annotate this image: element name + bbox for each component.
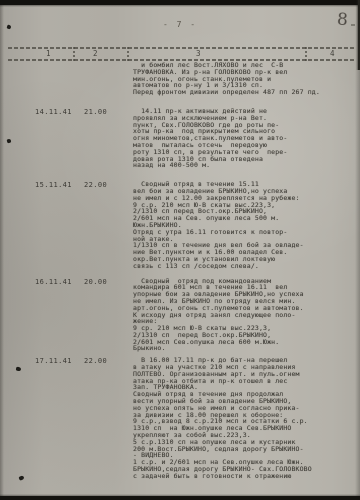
scan-edge-top bbox=[0, 0, 360, 7]
entry-date: 16.11.41 bbox=[35, 278, 72, 286]
column-number-1: 1 bbox=[46, 49, 51, 58]
entry-text-line: Перед фронтом дивизии определен 487 пп 2… bbox=[133, 89, 356, 96]
entry-text: В 16.00 17.11 пр-к до бат-на перешелв ат… bbox=[133, 357, 356, 479]
journal-entry: 17.11.4122.00 В 16.00 17.11 пр-к до бат-… bbox=[0, 357, 360, 479]
column-number-2: 2 bbox=[93, 49, 98, 58]
pencil-mark bbox=[351, 24, 355, 26]
entry-text-line: К исходу дня отряд занял следующее поло- bbox=[133, 312, 356, 319]
ink-speck bbox=[18, 475, 24, 481]
journal-entries: и бомбил лес Вост.ЛЯХОВО и лес С-ВТРУФАН… bbox=[0, 62, 360, 480]
page-number: - 7 - bbox=[0, 20, 360, 29]
entry-text: и бомбил лес Вост.ЛЯХОВО и лес С-ВТРУФАН… bbox=[133, 62, 356, 96]
ruler-dashed-line-top bbox=[8, 47, 356, 49]
entry-text-line: с задачей быть в готовности к отражению bbox=[133, 473, 356, 480]
entry-date: 15.11.41 bbox=[35, 181, 72, 189]
entry-text: Сводный отряд под командованиемкомандира… bbox=[133, 278, 356, 353]
entry-date: 17.11.41 bbox=[35, 357, 72, 365]
scanned-document-page: - 7 - 8 1 2 3 4 и бомбил лес Вост.ЛЯХОВО… bbox=[0, 0, 360, 500]
journal-entry: 14.11.4121.00 14.11 пр-к активных действ… bbox=[0, 108, 360, 169]
entry-date: 14.11.41 bbox=[35, 108, 72, 116]
entry-text-line: Брыкино. bbox=[133, 345, 356, 352]
entry-time: 20.00 bbox=[84, 278, 107, 286]
handwritten-sheet-number: 8 bbox=[336, 10, 348, 31]
entry-text-line: связь с 113 сп /соседом слева/. bbox=[133, 263, 356, 270]
entry-time: 21.00 bbox=[84, 108, 107, 116]
journal-entry: 15.11.4122.00 Сводный отряд в течение 15… bbox=[0, 181, 360, 269]
entry-text: 14.11 пр-к активных действий непроявлял … bbox=[133, 108, 356, 169]
entry-text: Сводный отряд в течение 15.11вел бои за … bbox=[133, 181, 356, 269]
entry-text-line: 2/601 мсп Сев.опушка леса 600 м.Южн. bbox=[133, 339, 356, 346]
entry-time: 22.00 bbox=[84, 357, 107, 365]
column-number-4: 4 bbox=[330, 49, 335, 58]
entry-text-line: назад на 400-500 м. bbox=[133, 162, 356, 169]
journal-entry: 16.11.4120.00 Сводный отряд под командов… bbox=[0, 278, 360, 353]
scan-edge-bottom bbox=[0, 494, 360, 500]
entry-time: 22.00 bbox=[84, 181, 107, 189]
journal-entry: и бомбил лес Вост.ЛЯХОВО и лес С-ВТРУФАН… bbox=[0, 62, 360, 96]
column-number-3: 3 bbox=[196, 49, 201, 58]
